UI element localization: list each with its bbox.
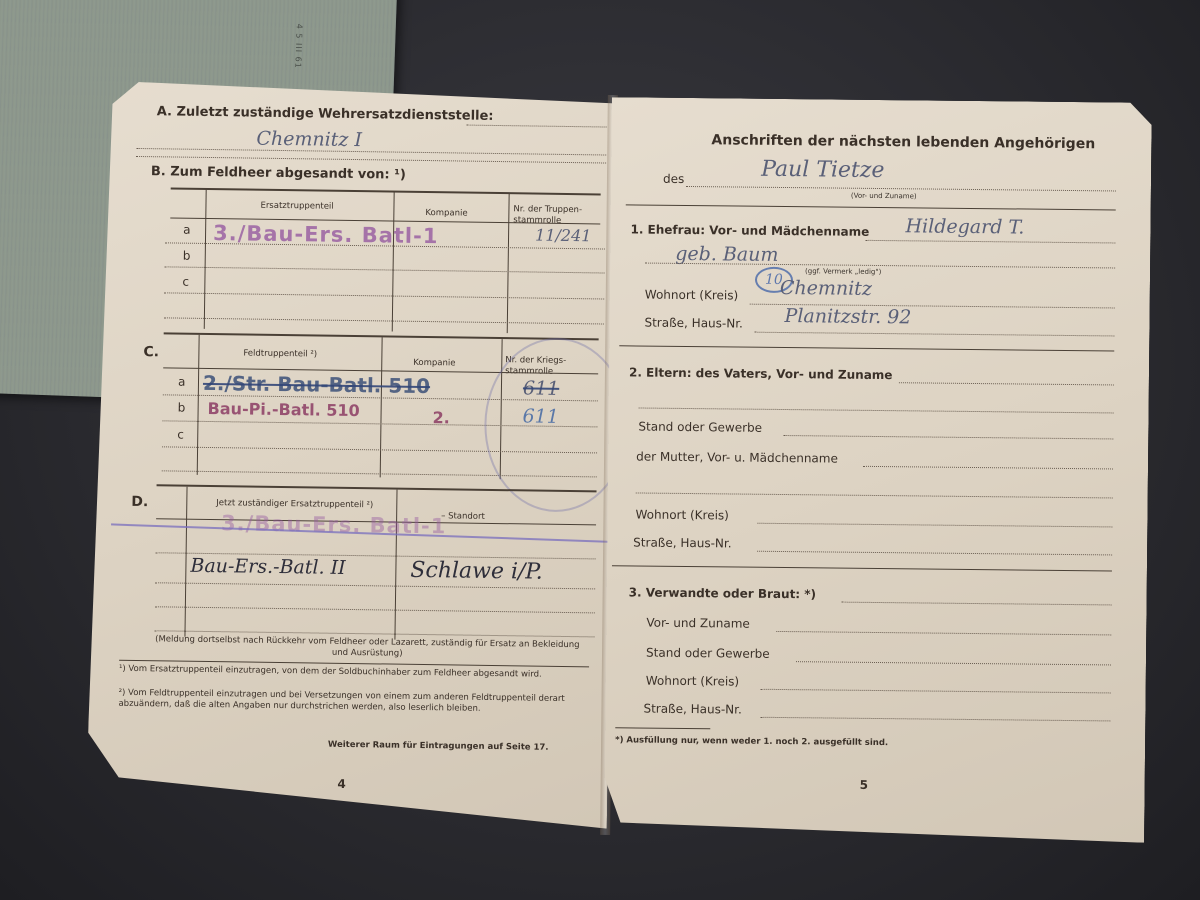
dotted-line — [136, 156, 606, 164]
dotted-line — [467, 125, 607, 128]
wife-name: Hildegard T. — [905, 215, 1024, 238]
meldung-note: (Meldung dortselbst nach Rückkehr vom Fe… — [147, 634, 587, 662]
row-letter-a: a — [183, 223, 191, 237]
stamp-bau-pi-batl: Bau-Pi.-Batl. 510 — [208, 399, 360, 420]
table-divider — [380, 337, 383, 477]
row-letter-b: b — [178, 401, 186, 415]
eltern-wohnort-label: Wohnort (Kreis) — [635, 507, 729, 522]
verwandte-strasse-label: Straße, Haus-Nr. — [643, 702, 742, 717]
handwritten-unit: Bau-Ers.-Batl. II — [190, 555, 345, 579]
dotted-line — [636, 492, 1113, 498]
dotted-line — [761, 689, 1111, 694]
page-title: Anschriften der nächsten lebenden Angehö… — [711, 132, 1095, 152]
dotted-line — [863, 466, 1113, 470]
section-rule — [619, 345, 1114, 351]
col-standort: – Standort — [441, 511, 485, 522]
des-value: Paul Tietze — [761, 157, 885, 183]
section-a-handwritten: Chemnitz I — [256, 128, 362, 151]
dotted-line — [164, 317, 604, 324]
verwandte-stand-label: Stand oder Gewerbe — [646, 646, 770, 661]
dotted-line — [796, 661, 1111, 665]
table-divider — [197, 335, 200, 475]
section-b-label: B. Zum Feldheer abgesandt von: ¹) — [151, 164, 406, 183]
section-d-label: D. — [131, 494, 148, 510]
dotted-line — [842, 602, 1112, 606]
dotted-line — [757, 551, 1112, 556]
dotted-line — [155, 606, 595, 613]
col-feldtruppenteil: Feldtruppenteil ²) — [243, 348, 317, 359]
des-caption: (Vor- und Zuname) — [851, 192, 917, 201]
dotted-line — [686, 186, 1116, 192]
table-divider — [392, 192, 395, 332]
dotted-line — [776, 631, 1111, 636]
col-jetzt-zustaendig: Jetzt zuständiger Ersatztruppenteil ²) — [216, 498, 373, 510]
dotted-line — [639, 407, 1114, 413]
col-kompanie: Kompanie — [425, 208, 467, 219]
table-divider — [507, 193, 510, 333]
continuation-note: Weiterer Raum für Eintragungen auf Seite… — [328, 740, 549, 754]
strasse-label: Straße, Haus-Nr. — [644, 316, 743, 331]
dotted-line — [136, 148, 606, 156]
dotted-line — [165, 266, 605, 273]
dotted-line — [164, 292, 604, 299]
dotted-line — [783, 435, 1113, 439]
page-number: 5 — [860, 778, 869, 792]
row-letter-c: c — [182, 275, 189, 289]
strasse-value: Planitzstr. 92 — [784, 305, 911, 328]
dotted-line — [757, 523, 1112, 528]
col-ersatztruppenteil: Ersatztruppenteil — [260, 201, 333, 212]
footnote-1: ¹) Vom Ersatztruppenteil einzutragen, vo… — [119, 664, 589, 682]
row-letter-a: a — [178, 375, 186, 389]
table-divider — [394, 490, 397, 640]
mutter-label: der Mutter, Vor- u. Mädchenname — [636, 449, 838, 465]
wohnort-value: Chemnitz — [780, 277, 872, 300]
vater-stand-label: Stand oder Gewerbe — [638, 419, 762, 434]
table-divider — [184, 487, 187, 637]
stammrolle-nr-b: 11/241 — [535, 226, 592, 246]
verwandte-wohnort-label: Wohnort (Kreis) — [646, 674, 740, 689]
dotted-line — [760, 717, 1110, 722]
table-divider — [204, 189, 207, 329]
section-a-label: A. Zuletzt zuständige Wehrersatzdienstst… — [157, 104, 494, 124]
handwritten-location: Schlawe i/P. — [410, 558, 543, 585]
section-3-label: 3. Verwandte oder Braut: *) — [629, 585, 817, 601]
eltern-strasse-label: Straße, Haus-Nr. — [633, 535, 732, 550]
table-rule — [171, 187, 601, 195]
right-page: Anschriften der nächsten lebenden Angehö… — [604, 97, 1152, 843]
des-label: des — [663, 172, 684, 186]
stamp-str-bau-batl-struck: 2./Str. Bau-Batl. 510 — [203, 371, 430, 398]
page-number: 4 — [337, 777, 346, 791]
footnote-2: ²) Vom Feldtruppenteil einzutragen und b… — [118, 688, 588, 717]
ledig-note: (ggf. Vermerk „ledig") — [805, 267, 881, 276]
verwandte-name-label: Vor- und Zuname — [646, 616, 750, 631]
row-letter-b: b — [183, 249, 191, 263]
booklet-edge-text: 4 5 III 61 — [293, 24, 304, 69]
section-rule — [612, 565, 1112, 571]
footnote-rule — [615, 727, 710, 729]
col-kompanie: Kompanie — [413, 358, 455, 369]
section-c-label: C. — [143, 344, 159, 360]
dotted-line — [899, 382, 1114, 385]
right-footnote: *) Ausfüllung nur, wenn weder 1. noch 2.… — [615, 735, 888, 749]
section-2-label: 2. Eltern: des Vaters, Vor- und Zuname — [629, 365, 893, 382]
row-letter-c: c — [177, 428, 184, 442]
wohnort-label: Wohnort (Kreis) — [645, 288, 739, 303]
section-rule — [626, 204, 1116, 210]
left-page: A. Zuletzt zuständige Wehrersatzdienstst… — [87, 81, 617, 828]
dotted-line — [865, 240, 1115, 244]
dotted-line — [754, 332, 1114, 337]
section-1-label: 1. Ehefrau: Vor- und Mädchenname — [630, 222, 869, 238]
